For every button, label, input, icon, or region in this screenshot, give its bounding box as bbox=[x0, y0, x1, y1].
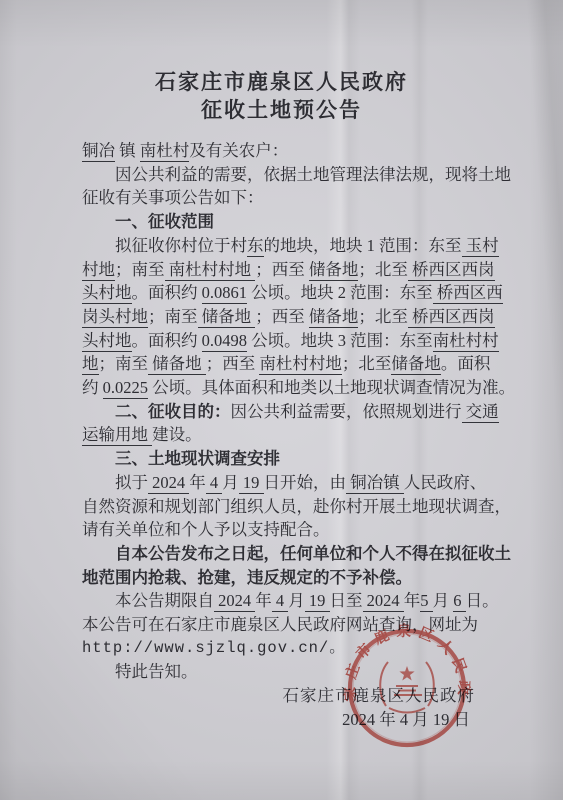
title-line-1: 石家庄市鹿泉区人民政府 bbox=[0, 68, 563, 96]
blank-underline: 4 bbox=[272, 591, 289, 612]
document-line: 地；南至 储备地 ；西至 南杜村村地；北至储备地。面积 bbox=[82, 352, 514, 376]
text-segment: ；南至 bbox=[148, 307, 198, 326]
text-segment: 日开始，由 bbox=[264, 473, 347, 492]
text-segment: 月 bbox=[433, 591, 454, 610]
document-line: 铜冶 镇 南杜村及有关农户： bbox=[82, 139, 514, 163]
document-line: 拟征收你村位于村东的地块，地块 1 范围：东至 玉村 bbox=[82, 234, 514, 258]
text-segment: 日。 bbox=[466, 591, 499, 610]
text-segment: 本公告期限自 bbox=[115, 591, 214, 610]
blank-underline: 桥西区西岗 bbox=[408, 307, 495, 328]
blank-underline: 交通 bbox=[462, 402, 499, 423]
document-line: 拟于 2024 年 4 月 19 日开始，由 铜冶镇 人民政府、 bbox=[82, 471, 514, 495]
document-line: 因公共利益的需要，依据土地管理法律法规，现将土地 bbox=[82, 163, 514, 187]
text-segment: 三、土地现状调查安排 bbox=[115, 449, 280, 468]
blank-underline: 玉村 bbox=[462, 236, 499, 257]
text-segment: 镇 bbox=[115, 141, 140, 160]
document-line: 头村地。面积约 0.0861 公顷。地块 2 范围：东至 桥西区西 bbox=[82, 281, 514, 305]
blank-underline: 0.0498 bbox=[202, 331, 247, 352]
document-line: 三、土地现状调查安排 bbox=[82, 447, 514, 471]
emblem-star bbox=[399, 666, 414, 681]
blank-underline: 东 bbox=[247, 236, 264, 257]
text-segment: ；北至 bbox=[358, 307, 408, 326]
seal-national-emblem bbox=[380, 662, 434, 713]
text-segment: ；西至 bbox=[255, 307, 309, 326]
blank-underline: 地 bbox=[82, 354, 99, 375]
scanned-announcement-page: 石家庄市鹿泉区人民政府 征收土地预公告 铜冶 镇 南杜村及有关农户：因公共利益的… bbox=[0, 0, 563, 800]
blank-underline: 头村地 bbox=[82, 283, 132, 304]
text-segment: 约 bbox=[82, 378, 103, 397]
text-segment: ；北至 bbox=[342, 354, 392, 373]
title-line-2: 征收土地预公告 bbox=[0, 96, 563, 124]
blank-underline: 储备地 bbox=[148, 354, 206, 375]
blank-underline: 南杜村 bbox=[140, 141, 190, 162]
text-segment: 征收有关事项公告如下： bbox=[82, 188, 264, 207]
blank-underline: 铜冶镇 bbox=[346, 473, 404, 494]
blank-underline: 南杜村村地 bbox=[165, 260, 256, 281]
blank-underline: 铜冶 bbox=[82, 141, 115, 162]
document-line: 运输用地 建设。 bbox=[82, 423, 514, 447]
document-line: 村地；南至 南杜村村地 ；西至 储备地；北至 桥西区西岗 bbox=[82, 258, 514, 282]
blank-underline: 村地 bbox=[82, 260, 115, 281]
text-segment: 及有关农户： bbox=[189, 141, 288, 160]
blank-underline: 5 bbox=[420, 591, 432, 612]
blank-underline: 桥西区西岗 bbox=[408, 260, 495, 281]
text-segment: 公顷。具体面积和地类以土地现状调查情况为准。 bbox=[148, 378, 515, 397]
text-segment: 地范围内抢栽、抢建，违反规定的不予补偿。 bbox=[82, 568, 412, 587]
text-segment: 拟于 bbox=[115, 473, 148, 492]
blank-underline: 0.0225 bbox=[103, 378, 148, 399]
text-segment: ；北至 bbox=[358, 260, 408, 279]
blank-underline: 储备地 bbox=[391, 354, 441, 375]
document-line: 头村地。面积约 0.0498 公顷。地块 3 范围：东至南杜村村 bbox=[82, 329, 514, 353]
document-line: 自本公告发布之日起，任何单位和个人不得在拟征收土 bbox=[82, 542, 514, 566]
blank-underline: 岗头村地 bbox=[82, 307, 148, 328]
text-segment: 公顷。地块 2 范围：东至 bbox=[247, 283, 433, 302]
text-segment: 的地块，地块 1 范围：东至 bbox=[264, 236, 462, 255]
document-line: 岗头村地；南至 储备地 ；西至 储备地；北至 桥西区西岗 bbox=[82, 305, 514, 329]
text-segment: ；西至 bbox=[206, 354, 260, 373]
text-segment: 年 bbox=[189, 473, 206, 492]
blank-underline: 2024 bbox=[148, 473, 189, 494]
blank-underline: 4 bbox=[206, 473, 223, 494]
blank-underline: 桥西区西 bbox=[433, 283, 503, 304]
seal-text: 石家庄市鹿泉区人民政府 bbox=[337, 618, 473, 702]
text-segment: 拟征收你村位于村 bbox=[115, 236, 247, 255]
text-segment: 二、征收目的： bbox=[115, 402, 231, 421]
blank-underline: 南杜村村 bbox=[433, 331, 499, 352]
text-segment: 因公共利益的需要，依据土地管理法律法规，现将土地 bbox=[115, 165, 511, 184]
blank-underline: 头村地 bbox=[82, 331, 132, 352]
text-segment: 年 bbox=[404, 591, 421, 610]
document-line: 本公告期限自 2024 年 4 月 19 日至 2024 年5 月 6 日。 bbox=[82, 589, 514, 613]
blank-underline: 储备地 bbox=[198, 307, 256, 328]
text-segment: 自然资源和规划部门组织人员，赴你村开展土地现状调查， bbox=[82, 497, 511, 516]
blank-underline: 6 bbox=[453, 591, 465, 612]
text-segment: 自本公告发布之日起，任何单位和个人不得在拟征收土 bbox=[115, 544, 511, 563]
text-segment: ；西至 bbox=[255, 260, 309, 279]
text-segment: 特此告知。 bbox=[115, 662, 198, 681]
text-segment: 月 bbox=[288, 591, 305, 610]
document-line: 地范围内抢栽、抢建，违反规定的不予补偿。 bbox=[82, 566, 514, 590]
text-segment: ；南至 bbox=[99, 354, 149, 373]
text-segment: http://www.sjzlq.gov.cn/。 bbox=[82, 639, 346, 657]
text-segment: 一、征收范围 bbox=[115, 212, 214, 231]
blank-underline: 19 bbox=[239, 473, 264, 494]
blank-underline: 2024 bbox=[214, 591, 255, 612]
text-segment: 公顷。地块 3 范围：东至 bbox=[247, 331, 433, 350]
blank-underline: 19 bbox=[305, 591, 330, 612]
text-segment: 月 bbox=[222, 473, 239, 492]
official-seal-stamp: 石家庄市鹿泉区人民政府 bbox=[337, 618, 477, 758]
blank-underline: 储备地 bbox=[309, 260, 359, 281]
blank-underline: 南杜村村地 bbox=[259, 354, 342, 375]
document-line: 约 0.0225 公顷。具体面积和地类以土地现状调查情况为准。 bbox=[82, 376, 514, 400]
text-segment: 。面积 bbox=[441, 354, 491, 373]
text-segment: 人民政府、 bbox=[404, 473, 487, 492]
text-segment: 日至 bbox=[330, 591, 363, 610]
blank-underline: 运输用地 bbox=[82, 425, 152, 446]
document-line: 自然资源和规划部门组织人员，赴你村开展土地现状调查， bbox=[82, 495, 514, 519]
document-line: 征收有关事项公告如下： bbox=[82, 186, 514, 210]
text-segment: 年 bbox=[255, 591, 272, 610]
blank-underline: 储备地 bbox=[309, 307, 359, 328]
blank-underline: 2024 bbox=[363, 591, 404, 612]
text-segment: 请有关单位和个人予以支持配合。 bbox=[82, 520, 330, 539]
document-line: 请有关单位和个人予以支持配合。 bbox=[82, 518, 514, 542]
document-line: 一、征收范围 bbox=[82, 210, 514, 234]
text-segment: 。面积约 bbox=[132, 283, 202, 302]
blank-underline: 0.0861 bbox=[202, 283, 247, 304]
document-title: 石家庄市鹿泉区人民政府 征收土地预公告 bbox=[0, 68, 563, 124]
text-segment: 因公共利益需要，依照规划进行 bbox=[231, 402, 462, 421]
text-segment: 。面积约 bbox=[132, 331, 202, 350]
text-segment: ；南至 bbox=[115, 260, 165, 279]
text-segment: 建设。 bbox=[152, 425, 202, 444]
document-line: 二、征收目的：因公共利益需要，依照规划进行 交通 bbox=[82, 400, 514, 424]
